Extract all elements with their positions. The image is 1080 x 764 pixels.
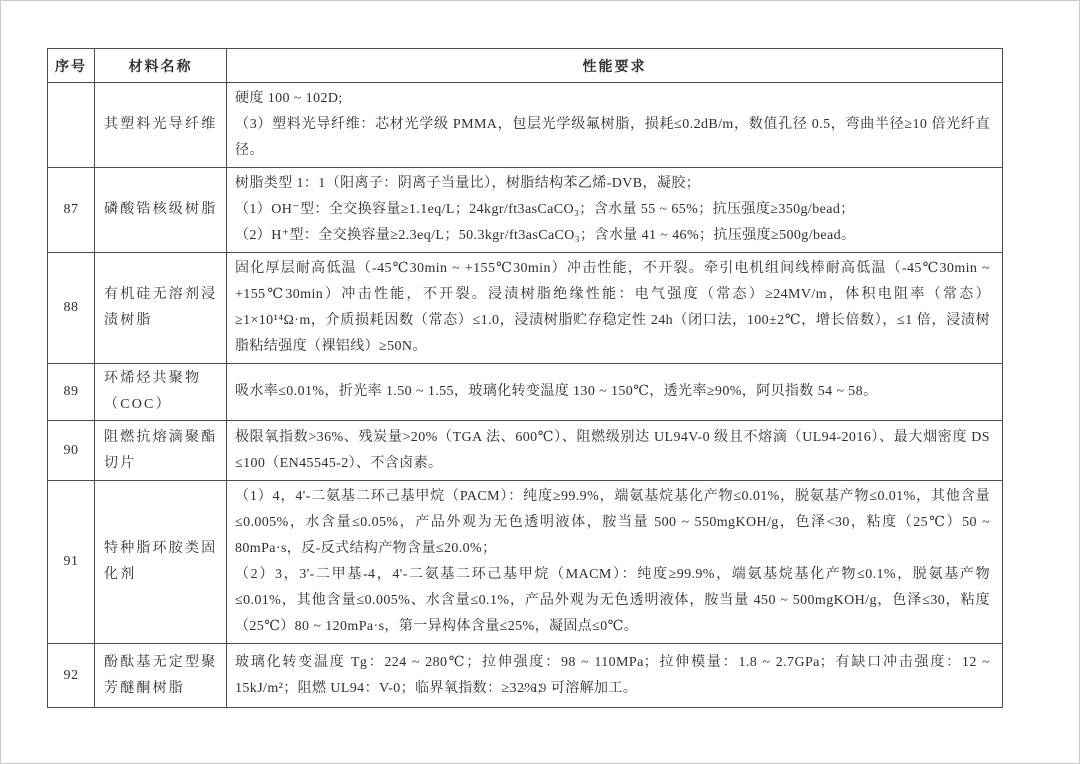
row-index-cell: 89: [48, 364, 95, 421]
material-name-cell: 特种脂环胺类固化剂: [95, 481, 227, 644]
requirements-cell: 极限氧指数>36%、残炭量>20%（TGA 法、600℃）、阻燃级别达 UL94…: [227, 421, 1003, 481]
document-page: 序号 材料名称 性能要求 其塑料光导纤维硬度 100 ~ 102D;（3）塑料光…: [0, 0, 1080, 764]
header-material-name: 材料名称: [95, 49, 227, 83]
header-index: 序号: [48, 49, 95, 83]
table-row: 91特种脂环胺类固化剂（1）4，4'-二氨基二环己基甲烷（PACM）：纯度≥99…: [48, 481, 1003, 644]
requirements-cell: （1）4，4'-二氨基二环己基甲烷（PACM）：纯度≥99.9%，端氨基烷基化产…: [227, 481, 1003, 644]
table-row: 90阻燃抗熔滴聚酯切片极限氧指数>36%、残炭量>20%（TGA 法、600℃）…: [48, 421, 1003, 481]
requirement-paragraph: （3）塑料光导纤维：芯材光学级 PMMA，包层光学级氟树脂，损耗≤0.2dB/m…: [235, 112, 990, 164]
table-row: 89环烯烃共聚物（COC）吸水率≤0.01%，折光率 1.50 ~ 1.55，玻…: [48, 364, 1003, 421]
table-row: 92酚酞基无定型聚芳醚酮树脂玻璃化转变温度 Tg：224 ~ 280℃；拉伸强度…: [48, 644, 1003, 708]
requirement-paragraph: （1）OH⁻型：全交换容量≥1.1eq/L；24kgr/ft3asCaCO₃；含…: [235, 197, 990, 223]
requirements-cell: 吸水率≤0.01%，折光率 1.50 ~ 1.55，玻璃化转变温度 130 ~ …: [227, 364, 1003, 421]
page-number: - 19 -: [1, 681, 1079, 696]
table-row: 其塑料光导纤维硬度 100 ~ 102D;（3）塑料光导纤维：芯材光学级 PMM…: [48, 83, 1003, 168]
requirement-paragraph: 吸水率≤0.01%，折光率 1.50 ~ 1.55，玻璃化转变温度 130 ~ …: [235, 379, 990, 405]
row-index-cell: 92: [48, 644, 95, 708]
requirement-paragraph: 硬度 100 ~ 102D;: [235, 86, 990, 112]
requirement-paragraph: 树脂类型 1：1（阳离子：阴离子当量比），树脂结构苯乙烯-DVB，凝胶；: [235, 171, 990, 197]
row-index-cell: 90: [48, 421, 95, 481]
material-name-cell: 磷酸锆核级树脂: [95, 168, 227, 253]
material-name-cell: 其塑料光导纤维: [95, 83, 227, 168]
table-body: 其塑料光导纤维硬度 100 ~ 102D;（3）塑料光导纤维：芯材光学级 PMM…: [48, 83, 1003, 708]
table-row: 87磷酸锆核级树脂树脂类型 1：1（阳离子：阴离子当量比），树脂结构苯乙烯-DV…: [48, 168, 1003, 253]
row-index-cell: [48, 83, 95, 168]
row-index-cell: 87: [48, 168, 95, 253]
materials-spec-table: 序号 材料名称 性能要求 其塑料光导纤维硬度 100 ~ 102D;（3）塑料光…: [47, 48, 1003, 708]
requirements-cell: 固化厚层耐高低温（-45℃30min ~ +155℃30min）冲击性能，不开裂…: [227, 253, 1003, 364]
table-header: 序号 材料名称 性能要求: [48, 49, 1003, 83]
requirements-cell: 树脂类型 1：1（阳离子：阴离子当量比），树脂结构苯乙烯-DVB，凝胶；（1）O…: [227, 168, 1003, 253]
material-name-cell: 阻燃抗熔滴聚酯切片: [95, 421, 227, 481]
requirements-cell: 玻璃化转变温度 Tg：224 ~ 280℃；拉伸强度：98 ~ 110MPa；拉…: [227, 644, 1003, 708]
row-index-cell: 91: [48, 481, 95, 644]
material-name-cell: 酚酞基无定型聚芳醚酮树脂: [95, 644, 227, 708]
requirement-paragraph: （2）3，3'-二甲基-4，4'-二氨基二环己基甲烷（MACM）：纯度≥99.9…: [235, 562, 990, 640]
requirement-paragraph: 固化厚层耐高低温（-45℃30min ~ +155℃30min）冲击性能，不开裂…: [235, 256, 990, 360]
requirement-paragraph: （1）4，4'-二氨基二环己基甲烷（PACM）：纯度≥99.9%，端氨基烷基化产…: [235, 484, 990, 562]
row-index-cell: 88: [48, 253, 95, 364]
material-name-cell: 有机硅无溶剂浸渍树脂: [95, 253, 227, 364]
table-row: 88有机硅无溶剂浸渍树脂固化厚层耐高低温（-45℃30min ~ +155℃30…: [48, 253, 1003, 364]
requirement-paragraph: （2）H⁺型：全交换容量≥2.3eq/L；50.3kgr/ft3asCaCO₃；…: [235, 223, 990, 249]
requirement-paragraph: 极限氧指数>36%、残炭量>20%（TGA 法、600℃）、阻燃级别达 UL94…: [235, 425, 990, 477]
material-name-cell: 环烯烃共聚物（COC）: [95, 364, 227, 421]
requirements-cell: 硬度 100 ~ 102D;（3）塑料光导纤维：芯材光学级 PMMA，包层光学级…: [227, 83, 1003, 168]
header-row: 序号 材料名称 性能要求: [48, 49, 1003, 83]
header-performance-requirements: 性能要求: [227, 49, 1003, 83]
